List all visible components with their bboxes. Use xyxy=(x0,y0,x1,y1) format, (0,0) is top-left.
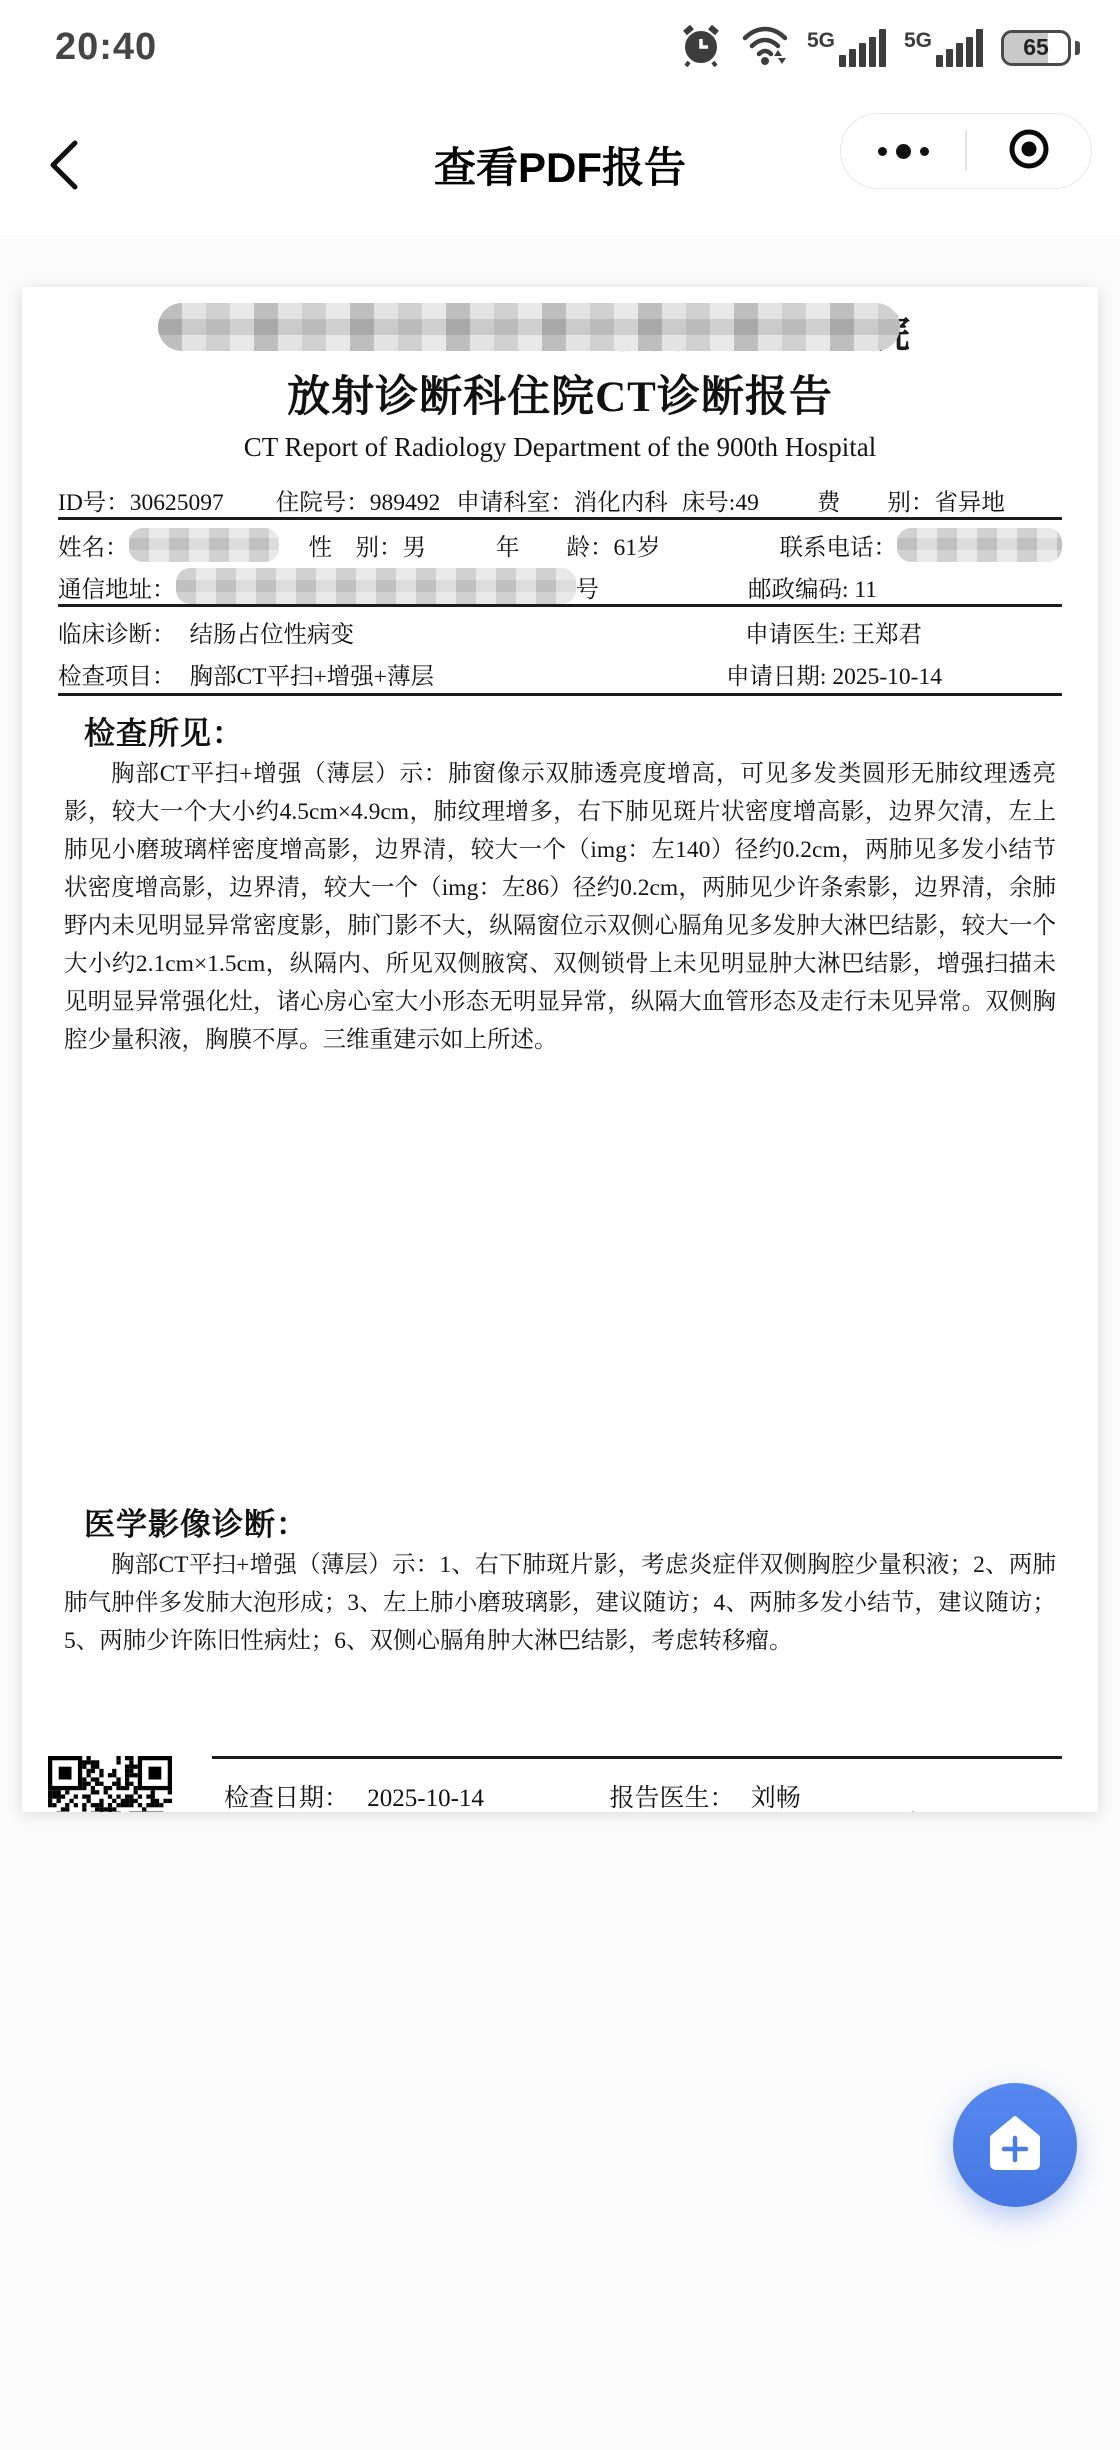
exam-date-label: 检查日期： xyxy=(224,1785,349,1812)
doctor-signature xyxy=(737,1799,967,1812)
pdf-report-page: 队第九〇〇医院 放射诊断科住院CT诊断报告 CT Report of Radio… xyxy=(22,287,1098,1812)
fee-value: 省异地 xyxy=(934,483,1005,517)
battery-icon: 65 xyxy=(1001,30,1071,66)
dates-doctors-table: 检查日期： 2025-10-14 报告医生： 刘畅 报告日期： 2025-10-… xyxy=(212,1756,1062,1812)
req-date-label: 申请日期: xyxy=(726,657,832,691)
exam-value: 胸部CT平扫+增强+薄层 xyxy=(190,657,435,691)
exam-date-value: 2025-10-14 xyxy=(367,1785,484,1812)
status-icons: 5G 5G 65 xyxy=(679,23,1080,72)
gender-value: 男 xyxy=(403,528,427,562)
report-title: 放射诊断科住院CT诊断报告 xyxy=(58,363,1062,424)
id-label: ID号： xyxy=(58,483,130,517)
gender-label: 性 别： xyxy=(309,528,403,562)
battery-nub xyxy=(1075,41,1080,55)
pdf-viewer-area[interactable]: 队第九〇〇医院 放射诊断科住院CT诊断报告 CT Report of Radio… xyxy=(0,235,1120,2450)
target-circle-icon xyxy=(1006,126,1052,177)
dept-label: 申请科室： xyxy=(456,483,574,517)
table-rule-3 xyxy=(58,693,1062,696)
admission-label: 住院号： xyxy=(276,483,370,517)
clinical-label: 临床诊断： xyxy=(58,615,176,649)
redaction-mosaic-hospital xyxy=(158,303,900,351)
alarm-icon xyxy=(679,23,723,72)
add-to-home-fab[interactable] xyxy=(953,2083,1077,2207)
info-row-4: 临床诊断： 结肠占位性病变 申请医生: 王郑君 xyxy=(58,607,1062,649)
req-date-value: 2025-10-14 xyxy=(832,664,942,691)
report-subtitle-en: CT Report of Radiology Department of the… xyxy=(58,432,1062,463)
req-doctor-value: 王郑君 xyxy=(852,615,923,649)
zip-label: 邮政编码: xyxy=(748,570,854,604)
nav-bar: 查看PDF报告 xyxy=(0,95,1120,235)
bed-label: 床号: xyxy=(682,483,736,517)
redaction-address xyxy=(176,568,576,604)
fee-label: 费 别： xyxy=(817,483,935,517)
diagnosis-text: 胸部CT平扫+增强（薄层）示：1、右下肺斑片影，考虑炎症伴双侧胸腔少量积液；2、… xyxy=(64,1546,1056,1660)
name-label: 姓名： xyxy=(58,528,129,562)
qr-code xyxy=(48,1756,172,1812)
findings-text: 胸部CT平扫+增强（薄层）示：肺窗像示双肺透亮度增高，可见多发类圆形无肺纹理透亮… xyxy=(64,755,1056,1059)
dept-value: 消化内科 xyxy=(574,483,668,517)
age-label: 年 龄： xyxy=(496,528,614,562)
phone-label: 联系电话： xyxy=(780,528,898,562)
info-row-1: ID号： 30625097 住院号： 989492 申请科室： 消化内科 床号:… xyxy=(58,479,1062,517)
hospital-name-line: 队第九〇〇医院 xyxy=(58,307,1062,361)
close-minimize-button[interactable] xyxy=(967,114,1091,188)
bed-value: 49 xyxy=(735,490,759,517)
info-row-3: 通信地址： 号 邮政编码: 11 xyxy=(58,562,1062,604)
address-suffix: 号 xyxy=(576,570,600,604)
admission-value: 989492 xyxy=(370,490,441,517)
address-label: 通信地址： xyxy=(58,570,176,604)
home-plus-icon xyxy=(982,2110,1048,2181)
signal-5g-icon-2: 5G xyxy=(904,29,983,67)
id-value: 30625097 xyxy=(130,490,224,517)
blank-space-2 xyxy=(58,1660,1062,1756)
signature-block: 检查日期： 2025-10-14 报告医生： 刘畅 报告日期： 2025-10-… xyxy=(58,1756,1062,1812)
diagnosis-heading: 医学影像诊断： xyxy=(84,1499,1062,1544)
zip-value: 11 xyxy=(854,577,877,604)
info-row-5: 检查项目： 胸部CT平扫+增强+薄层 申请日期: 2025-10-14 xyxy=(58,649,1062,691)
report-doctor-label: 报告医生： xyxy=(609,1785,734,1812)
miniprogram-capsule xyxy=(840,113,1092,189)
status-bar: 20:40 5G 5G 65 xyxy=(0,0,1120,95)
clinical-value: 结肠占位性病变 xyxy=(190,615,355,649)
clock-time: 20:40 xyxy=(55,26,157,69)
redaction-phone xyxy=(897,528,1062,562)
redaction-name xyxy=(129,528,279,562)
more-dots-icon xyxy=(878,144,929,159)
age-value: 61岁 xyxy=(614,528,661,562)
exam-label: 检查项目： xyxy=(58,657,176,691)
req-doctor-label: 申请医生: xyxy=(745,615,851,649)
battery-percent: 65 xyxy=(1023,34,1049,61)
patient-info-table: ID号： 30625097 住院号： 989492 申请科室： 消化内科 床号:… xyxy=(58,479,1062,696)
findings-heading: 检查所见： xyxy=(84,708,1062,753)
more-menu-button[interactable] xyxy=(841,114,965,188)
wifi-icon xyxy=(741,24,789,71)
blank-space-1 xyxy=(58,1059,1062,1487)
signal-5g-icon-1: 5G xyxy=(807,29,886,67)
info-row-2: 姓名： 性 别： 男 年 龄： 61岁 联系电话： xyxy=(58,520,1062,562)
